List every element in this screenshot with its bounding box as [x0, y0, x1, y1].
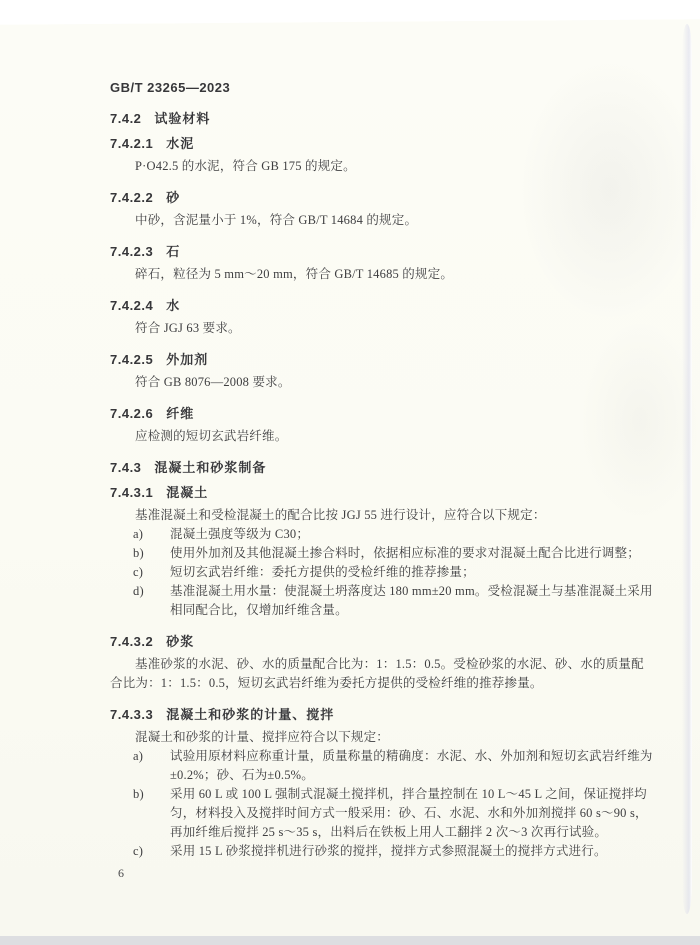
section-heading: 7.4.3.2砂浆 [110, 634, 656, 649]
section-title: 混凝土和砂浆的计量、搅拌 [166, 707, 334, 722]
paragraph: 符合 JGJ 63 要求。 [110, 319, 656, 338]
section-heading: 7.4.2.6纤维 [110, 406, 656, 421]
section-title: 水 [166, 298, 180, 313]
section-title: 混凝土 [166, 485, 208, 500]
scanned-page: GB/T 23265—2023 7.4.2试验材料7.4.2.1水泥P·O42.… [0, 0, 700, 945]
paragraph: 混凝土和砂浆的计量、搅拌应符合以下规定： [110, 728, 656, 747]
list-item: c)采用 15 L 砂浆搅拌机进行砂浆的搅拌，搅拌方式参照混凝土的搅拌方式进行。 [110, 842, 656, 861]
section-heading: 7.4.2.2砂 [110, 190, 656, 205]
list-item-marker: a) [133, 747, 170, 766]
scan-bottom-edge [0, 936, 700, 945]
section-title: 外加剂 [166, 352, 208, 367]
section-heading: 7.4.3.1混凝土 [110, 485, 656, 500]
list-item-text: 试验用原材料应称重计量，质量称量的精确度：水泥、水、外加剂和短切玄武岩纤维为±0… [170, 747, 656, 785]
paragraph: 符合 GB 8076—2008 要求。 [110, 373, 656, 392]
section-heading: 7.4.2.1水泥 [110, 136, 656, 151]
section-heading: 7.4.3.3混凝土和砂浆的计量、搅拌 [110, 707, 656, 722]
scan-right-edge-shadow [682, 24, 692, 914]
section-title: 水泥 [166, 136, 194, 151]
list-item-marker: c) [133, 563, 170, 582]
document-body: 7.4.2试验材料7.4.2.1水泥P·O42.5 的水泥，符合 GB 175 … [110, 111, 656, 861]
section-title: 混凝土和砂浆制备 [154, 460, 266, 475]
list-item-marker: b) [133, 785, 170, 804]
list-item-marker: b) [133, 544, 170, 563]
ordered-list: a)试验用原材料应称重计量，质量称量的精确度：水泥、水、外加剂和短切玄武岩纤维为… [110, 747, 656, 861]
section-title: 砂浆 [166, 634, 194, 649]
section-heading: 7.4.2.4水 [110, 298, 656, 313]
list-item-text: 基准混凝土用水量：使混凝土坍落度达 180 mm±20 mm。受检混凝土与基准混… [170, 582, 656, 620]
section-heading: 7.4.2.5外加剂 [110, 352, 656, 367]
list-item-text: 混凝土强度等级为 C30； [170, 525, 656, 544]
list-item: c)短切玄武岩纤维：委托方提供的受检纤维的推荐掺量； [110, 563, 656, 582]
section-number: 7.4.2.5 [110, 352, 153, 367]
section-number: 7.4.3.1 [110, 485, 153, 500]
paragraph: 应检测的短切玄武岩纤维。 [110, 427, 656, 446]
paragraph: 碎石，粒径为 5 mm～20 mm，符合 GB/T 14685 的规定。 [110, 265, 656, 284]
section-title: 纤维 [166, 406, 194, 421]
document-content: GB/T 23265—2023 7.4.2试验材料7.4.2.1水泥P·O42.… [110, 80, 656, 882]
list-item-marker: d) [133, 582, 170, 601]
list-item: b)采用 60 L 或 100 L 强制式混凝土搅拌机，拌合量控制在 10 L～… [110, 785, 656, 842]
section-heading: 7.4.3混凝土和砂浆制备 [110, 460, 656, 475]
section-number: 7.4.2 [110, 111, 141, 126]
section-title: 砂 [166, 190, 180, 205]
section-heading: 7.4.2.3石 [110, 244, 656, 259]
section-number: 7.4.2.3 [110, 244, 153, 259]
section-number: 7.4.2.2 [110, 190, 153, 205]
section-number: 7.4.3.2 [110, 634, 153, 649]
list-item: d)基准混凝土用水量：使混凝土坍落度达 180 mm±20 mm。受检混凝土与基… [110, 582, 656, 620]
section-title: 试验材料 [154, 111, 210, 126]
section-number: 7.4.3.3 [110, 707, 153, 722]
ordered-list: a)混凝土强度等级为 C30；b)使用外加剂及其他混凝土掺合料时，依据相应标准的… [110, 525, 656, 620]
list-item-marker: a) [133, 525, 170, 544]
paragraph: P·O42.5 的水泥，符合 GB 175 的规定。 [110, 157, 656, 176]
section-number: 7.4.2.1 [110, 136, 153, 151]
paragraph: 中砂，含泥量小于 1%，符合 GB/T 14684 的规定。 [110, 211, 656, 230]
section-title: 石 [166, 244, 180, 259]
list-item-text: 采用 15 L 砂浆搅拌机进行砂浆的搅拌，搅拌方式参照混凝土的搅拌方式进行。 [170, 842, 656, 861]
section-number: 7.4.3 [110, 460, 141, 475]
list-item-text: 短切玄武岩纤维：委托方提供的受检纤维的推荐掺量； [170, 563, 656, 582]
section-number: 7.4.2.4 [110, 298, 153, 313]
section-heading: 7.4.2试验材料 [110, 111, 656, 126]
list-item: b)使用外加剂及其他混凝土掺合料时，依据相应标准的要求对混凝土配合比进行调整； [110, 544, 656, 563]
doc-code: GB/T 23265—2023 [110, 80, 656, 95]
list-item: a)试验用原材料应称重计量，质量称量的精确度：水泥、水、外加剂和短切玄武岩纤维为… [110, 747, 656, 785]
list-item-text: 采用 60 L 或 100 L 强制式混凝土搅拌机，拌合量控制在 10 L～45… [170, 785, 656, 842]
page-number: 6 [118, 864, 656, 882]
paragraph: 基准砂浆的水泥、砂、水的质量配合比为：1：1.5：0.5。受检砂浆的水泥、砂、水… [110, 655, 656, 693]
list-item: a)混凝土强度等级为 C30； [110, 525, 656, 544]
paragraph: 基准混凝土和受检混凝土的配合比按 JGJ 55 进行设计，应符合以下规定： [110, 506, 656, 525]
section-number: 7.4.2.6 [110, 406, 153, 421]
list-item-marker: c) [133, 842, 170, 861]
list-item-text: 使用外加剂及其他混凝土掺合料时，依据相应标准的要求对混凝土配合比进行调整； [170, 544, 656, 563]
